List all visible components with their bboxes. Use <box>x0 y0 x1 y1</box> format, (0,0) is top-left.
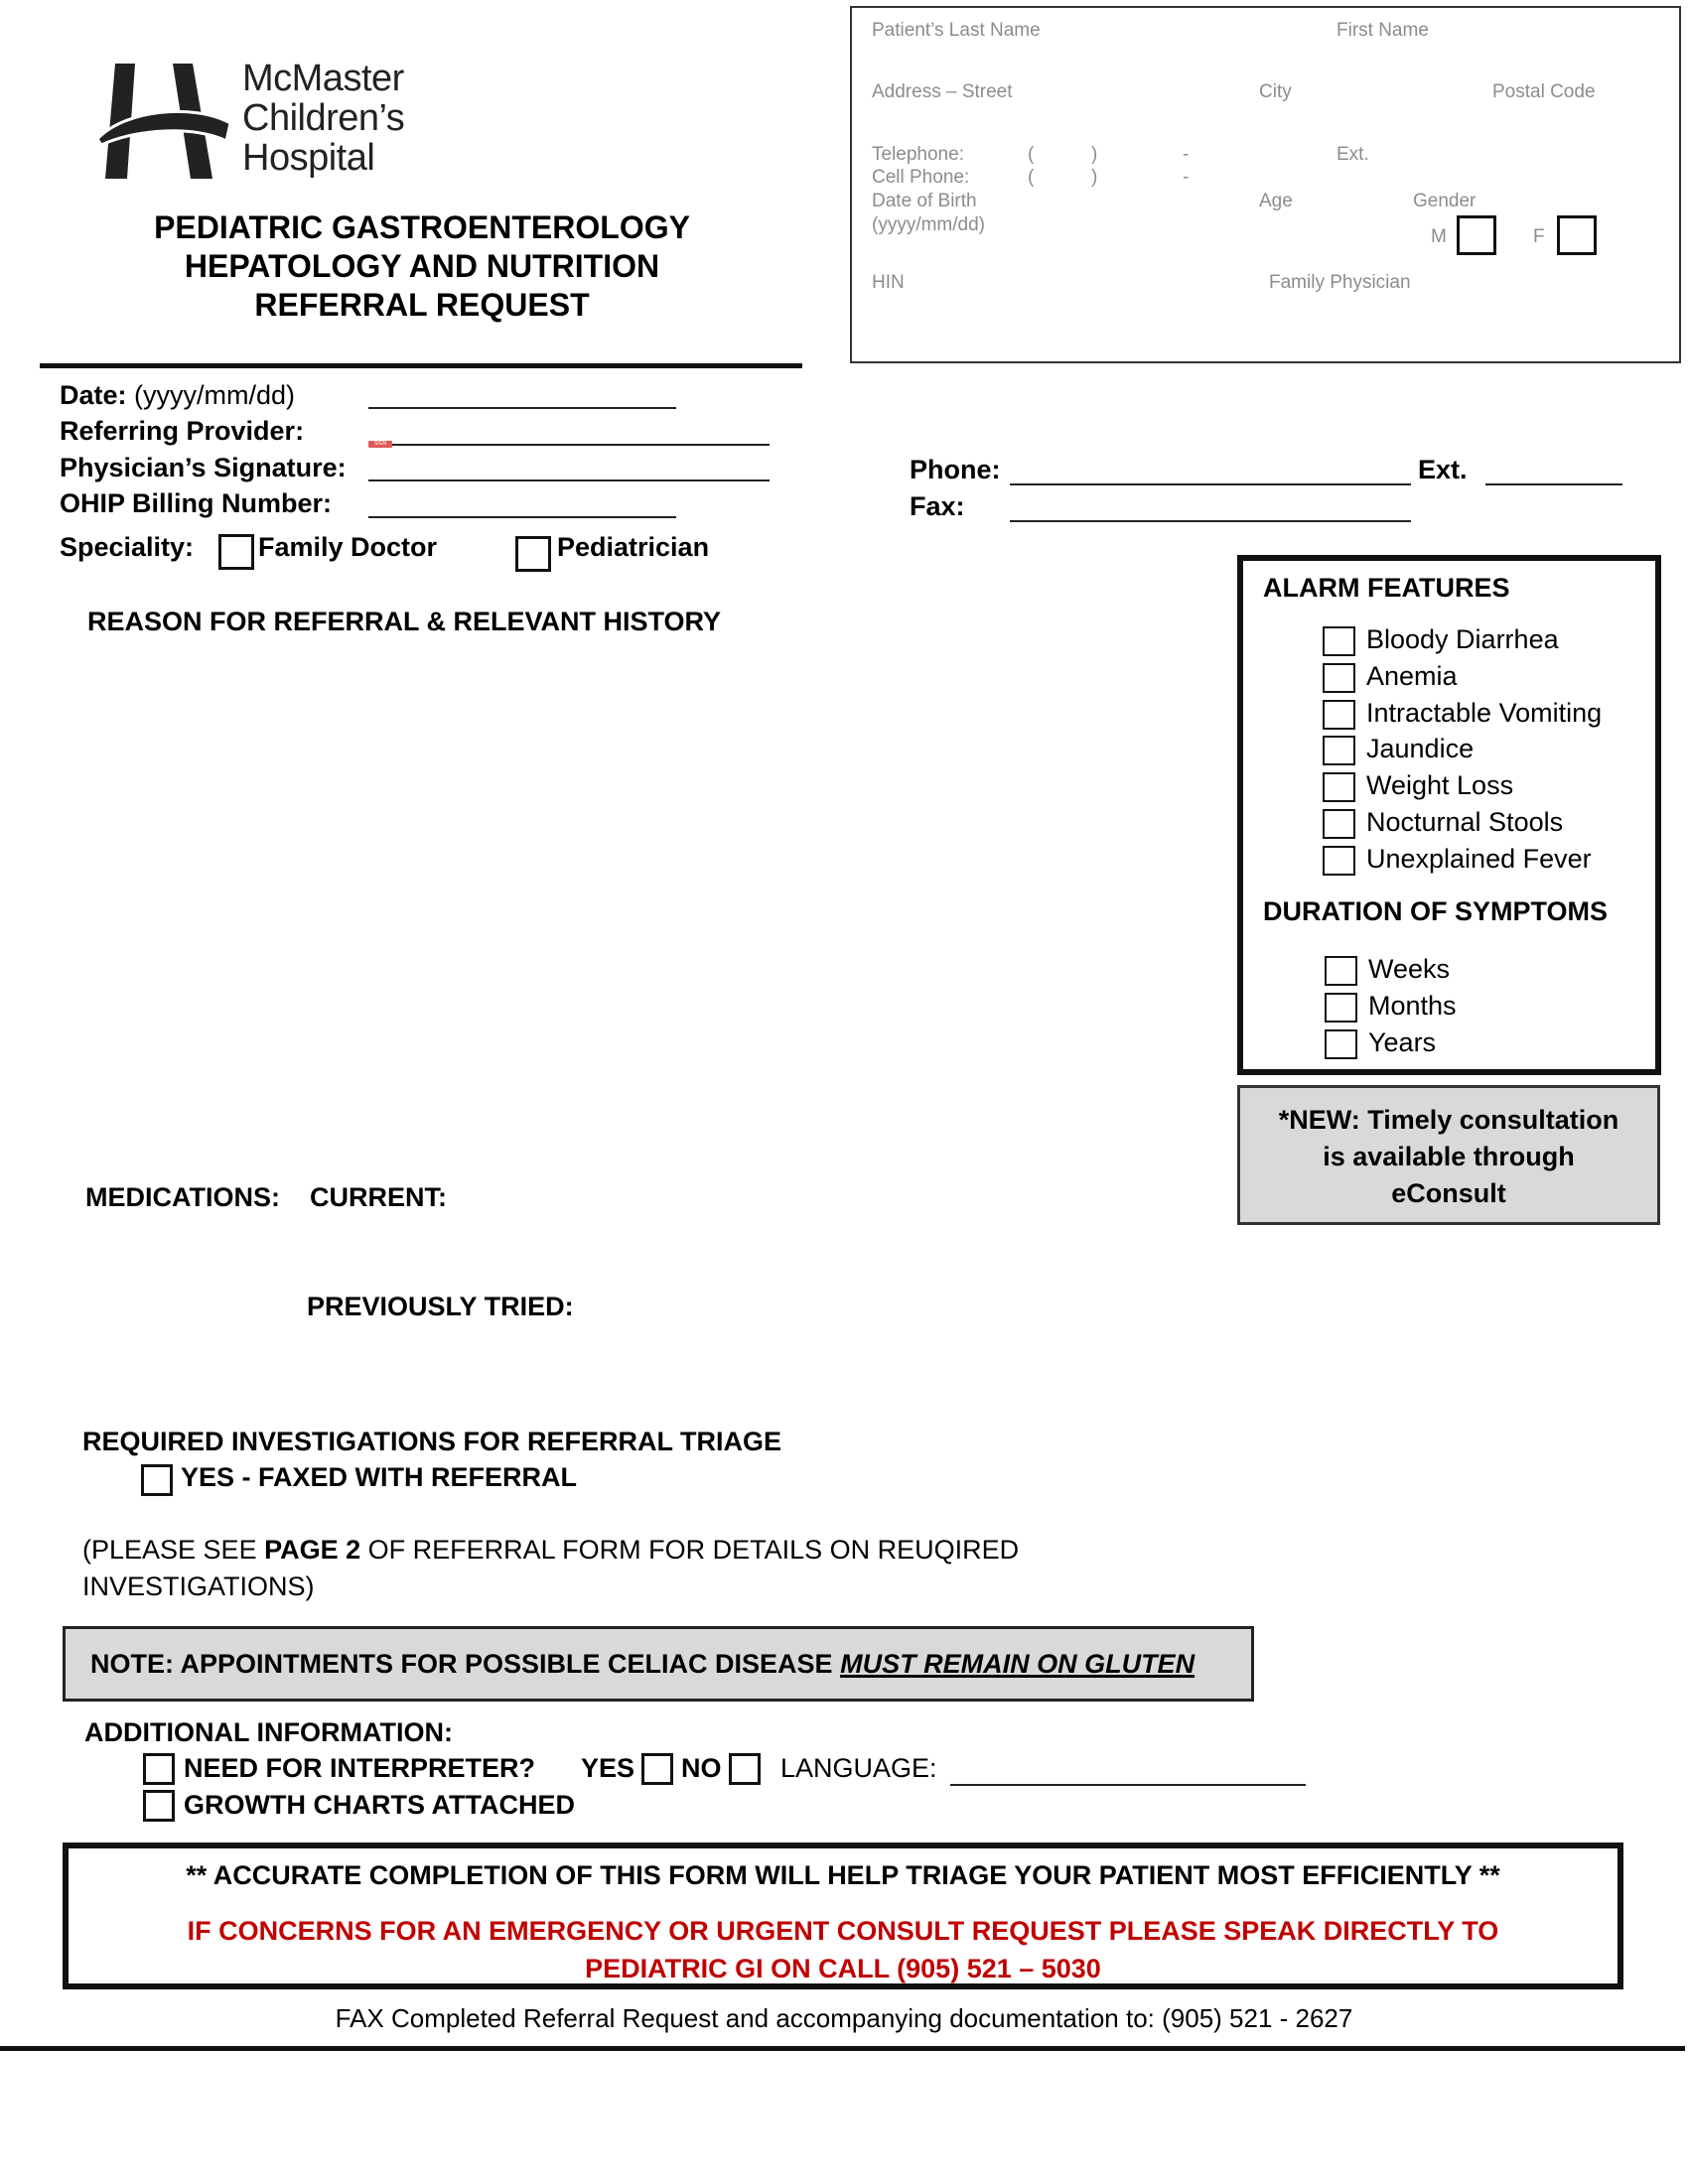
econsult-line1: *NEW: Timely consultation <box>1240 1102 1657 1139</box>
see-prefix: (PLEASE SEE <box>82 1535 264 1565</box>
alarm-feature-checkbox[interactable] <box>1323 663 1355 693</box>
accurate-completion-text: ** ACCURATE COMPLETION OF THIS FORM WILL… <box>69 1860 1618 1891</box>
see-page2-line2: INVESTIGATIONS) <box>82 1571 315 1602</box>
gender-m-checkbox[interactable] <box>1457 215 1496 255</box>
signature-label: Physician’s Signature: <box>60 452 347 483</box>
phone-ext-label: Ext. <box>1418 454 1468 485</box>
econsult-notice: *NEW: Timely consultation is available t… <box>1237 1085 1660 1225</box>
dob-format: (yyyy/mm/dd) <box>872 214 985 236</box>
date-label: Date: (yyyy/mm/dd) <box>60 379 295 411</box>
cell-phone-field[interactable]: Cell Phone: <box>872 167 969 189</box>
alarm-feature-label: Bloody Diarrhea <box>1366 624 1559 655</box>
postal-code-field[interactable]: Postal Code <box>1492 81 1596 103</box>
alarm-features-heading: ALARM FEATURES <box>1263 573 1509 604</box>
gender-f-label: F <box>1533 226 1545 248</box>
interpreter-yes-checkbox[interactable] <box>641 1753 673 1785</box>
alarm-features-box: ALARM FEATURES Bloody DiarrheaAnemiaIntr… <box>1237 555 1661 1075</box>
gender-label: Gender <box>1413 191 1476 212</box>
econsult-line3: eConsult <box>1240 1175 1657 1212</box>
phone-input-line[interactable] <box>1010 483 1411 485</box>
ohip-input-line[interactable] <box>368 516 676 518</box>
dob-field[interactable]: Date of Birth <box>872 191 977 212</box>
duration-label: Months <box>1368 991 1457 1022</box>
pediatrician-label: Pediatrician <box>557 531 709 563</box>
alarm-feature-label: Jaundice <box>1366 734 1474 764</box>
duration-label: Years <box>1368 1027 1436 1058</box>
triage-notice-box: ** ACCURATE COMPLETION OF THIS FORM WILL… <box>63 1843 1623 1989</box>
address-street-field[interactable]: Address – Street <box>872 81 1013 103</box>
reason-heading: REASON FOR REFERRAL & RELEVANT HISTORY <box>87 607 721 637</box>
alarm-feature-checkbox[interactable] <box>1323 772 1355 802</box>
patient-first-name-field[interactable]: First Name <box>1336 20 1429 42</box>
alarm-feature-label: Unexplained Fever <box>1366 844 1592 875</box>
alarm-feature-label: Intractable Vomiting <box>1366 698 1602 729</box>
urgent-line2: PEDIATRIC GI ON CALL (905) 521 – 5030 <box>69 1950 1618 1987</box>
telephone-dash: - <box>1183 144 1189 166</box>
speciality-label: Speciality: <box>60 531 194 563</box>
current-medications-input[interactable] <box>467 1176 1211 1266</box>
title-line1: PEDIATRIC GASTROENTEROLOGY <box>60 208 784 247</box>
growth-charts-checkbox[interactable] <box>143 1790 175 1822</box>
fax-input-line[interactable] <box>1010 520 1411 522</box>
duration-checkbox[interactable] <box>1325 956 1357 986</box>
patient-last-name-field[interactable]: Patient’s Last Name <box>872 20 1041 42</box>
date-format: (yyyy/mm/dd) <box>127 380 296 410</box>
investigations-heading: REQUIRED INVESTIGATIONS FOR REFERRAL TRI… <box>82 1427 781 1457</box>
yes-faxed-checkbox[interactable] <box>141 1464 173 1496</box>
previously-tried-label: PREVIOUSLY TRIED: <box>307 1292 574 1322</box>
celiac-note-emphasis: MUST REMAIN ON GLUTEN <box>840 1649 1195 1679</box>
interpreter-checkbox[interactable] <box>143 1753 175 1785</box>
city-field[interactable]: City <box>1259 81 1292 103</box>
phone-ext-input-line[interactable] <box>1485 483 1622 485</box>
bridge-logo-icon <box>95 62 234 186</box>
growth-charts-label: GROWTH CHARTS ATTACHED <box>184 1790 575 1821</box>
pediatrician-checkbox[interactable] <box>515 536 551 572</box>
logo-text-line2: Children’s <box>242 99 404 137</box>
urgent-consult-text: IF CONCERNS FOR AN EMERGENCY OR URGENT C… <box>69 1912 1618 1987</box>
duration-checkbox[interactable] <box>1325 1029 1357 1059</box>
hospital-logo: McMaster Children’s Hospital <box>95 62 443 186</box>
urgent-line1: IF CONCERNS FOR AN EMERGENCY OR URGENT C… <box>69 1912 1618 1950</box>
alarm-feature-checkbox[interactable] <box>1323 736 1355 765</box>
footer-divider <box>0 2046 1685 2051</box>
telephone-field[interactable]: Telephone: <box>872 144 964 166</box>
see-page2-line1: (PLEASE SEE PAGE 2 OF REFERRAL FORM FOR … <box>82 1535 1019 1566</box>
cell-paren-close: ) <box>1091 167 1097 189</box>
alarm-feature-checkbox[interactable] <box>1323 809 1355 839</box>
hin-field[interactable]: HIN <box>872 272 905 294</box>
date-label-text: Date: <box>60 380 127 410</box>
additional-info-heading: ADDITIONAL INFORMATION: <box>84 1717 453 1748</box>
telephone-paren-close: ) <box>1091 144 1097 166</box>
logo-text-line1: McMaster <box>242 60 404 97</box>
alarm-feature-checkbox[interactable] <box>1323 846 1355 876</box>
see-suffix: OF REFERRAL FORM FOR DETAILS ON REUQIRED <box>360 1535 1019 1565</box>
form-title: PEDIATRIC GASTROENTEROLOGY HEPATOLOGY AN… <box>60 208 784 325</box>
reason-text-area[interactable] <box>87 655 1199 1171</box>
interpreter-yes-label: YES <box>581 1753 634 1784</box>
cell-paren-open: ( <box>1028 167 1034 189</box>
date-input-line[interactable] <box>368 407 676 409</box>
econsult-line2: is available through <box>1240 1139 1657 1175</box>
fax-instructions: FAX Completed Referral Request and accom… <box>0 2003 1688 2034</box>
signature-input-line[interactable] <box>368 479 770 481</box>
title-line2: HEPATOLOGY AND NUTRITION <box>60 247 784 286</box>
family-doctor-checkbox[interactable] <box>218 534 254 570</box>
fax-label: Fax: <box>910 490 965 522</box>
sign-here-tag[interactable]: SIGN <box>368 441 392 448</box>
family-doctor-label: Family Doctor <box>258 531 437 563</box>
gender-f-checkbox[interactable] <box>1557 215 1597 255</box>
title-line3: REFERRAL REQUEST <box>60 286 784 325</box>
patient-info-box: Patient’s Last Name First Name Address –… <box>850 6 1681 363</box>
interpreter-no-label: NO <box>681 1753 722 1784</box>
yes-faxed-label: YES - FAXED WITH REFERRAL <box>181 1462 577 1493</box>
alarm-feature-checkbox[interactable] <box>1323 700 1355 730</box>
previously-tried-input[interactable] <box>596 1286 1211 1405</box>
current-medications-label: CURRENT: <box>310 1182 447 1213</box>
interpreter-no-checkbox[interactable] <box>729 1753 761 1785</box>
referring-provider-input-line[interactable] <box>368 444 770 446</box>
duration-heading: DURATION OF SYMPTOMS <box>1263 896 1608 927</box>
ohip-label: OHIP Billing Number: <box>60 487 332 519</box>
celiac-note-box: NOTE: APPOINTMENTS FOR POSSIBLE CELIAC D… <box>63 1626 1254 1702</box>
family-physician-field[interactable]: Family Physician <box>1269 272 1411 294</box>
alarm-feature-checkbox[interactable] <box>1323 626 1355 656</box>
duration-checkbox[interactable] <box>1325 993 1357 1023</box>
alarm-feature-label: Anemia <box>1366 661 1458 692</box>
cell-dash: - <box>1183 167 1189 189</box>
gender-m-label: M <box>1431 226 1447 248</box>
see-bold: PAGE 2 <box>264 1535 360 1565</box>
medications-label: MEDICATIONS: <box>85 1182 280 1213</box>
telephone-ext-field[interactable]: Ext. <box>1336 144 1369 166</box>
header-divider <box>40 363 802 368</box>
language-label: LANGUAGE: <box>780 1753 937 1784</box>
logo-text-line3: Hospital <box>242 139 374 177</box>
interpreter-label: NEED FOR INTERPRETER? <box>184 1753 535 1784</box>
referring-provider-label: Referring Provider: <box>60 415 304 447</box>
alarm-feature-label: Nocturnal Stools <box>1366 807 1563 838</box>
alarm-feature-label: Weight Loss <box>1366 770 1513 801</box>
telephone-paren-open: ( <box>1028 144 1034 166</box>
age-field[interactable]: Age <box>1259 191 1293 212</box>
language-input-line[interactable] <box>950 1784 1306 1786</box>
duration-label: Weeks <box>1368 954 1450 985</box>
phone-label: Phone: <box>910 454 1001 485</box>
celiac-note-text: NOTE: APPOINTMENTS FOR POSSIBLE CELIAC D… <box>90 1649 840 1679</box>
